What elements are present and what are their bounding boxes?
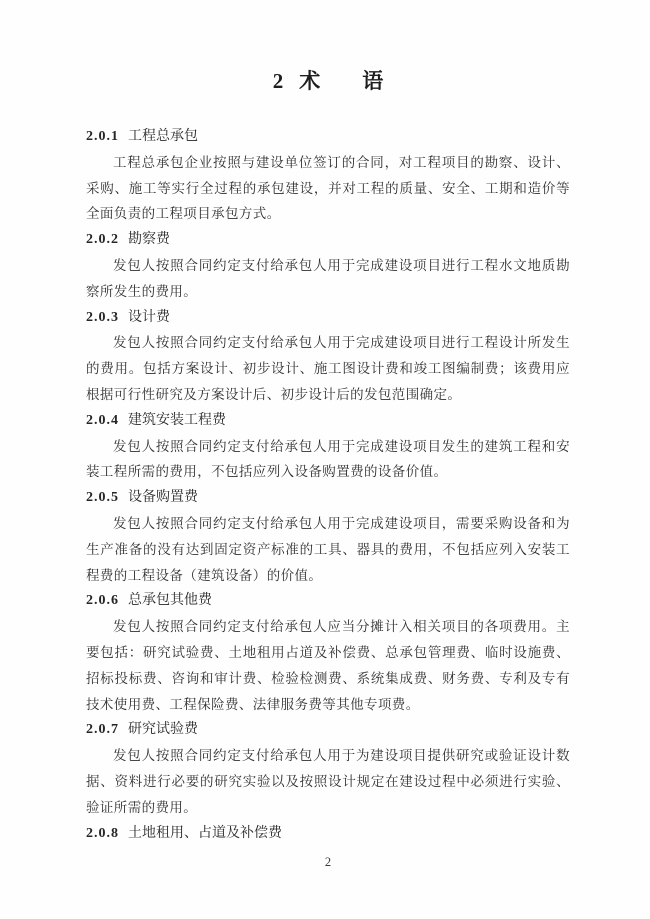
- chapter-number: 2: [273, 69, 284, 93]
- section-heading: 2.0.3设计费: [86, 305, 570, 331]
- section-term: 土地租用、占道及补偿费: [128, 826, 282, 841]
- section-term: 研究试验费: [128, 722, 198, 737]
- section-term: 设计费: [128, 310, 170, 325]
- term-section: 2.0.1工程总承包 工程总承包企业按照与建设单位签订的合同，对工程项目的勘察、…: [86, 124, 570, 227]
- page-content: 2术语 2.0.1工程总承包 工程总承包企业按照与建设单位签订的合同，对工程项目…: [0, 66, 650, 871]
- section-heading: 2.0.4建筑安装工程费: [86, 408, 570, 434]
- section-term: 勘察费: [128, 232, 170, 247]
- section-paragraph: 发包人按照合同约定支付给承包人用于完成建设项目发生的建筑工程和安装工程所需的费用…: [86, 434, 570, 486]
- section-number: 2.0.5: [86, 490, 119, 505]
- term-section: 2.0.2勘察费 发包人按照合同约定支付给承包人用于完成建设项目进行工程水文地质…: [86, 227, 570, 304]
- section-number: 2.0.7: [86, 722, 119, 737]
- document-page: 2术语 2.0.1工程总承包 工程总承包企业按照与建设单位签订的合同，对工程项目…: [0, 0, 650, 919]
- section-number: 2.0.2: [86, 232, 119, 247]
- section-term: 总承包其他费: [128, 593, 212, 608]
- section-heading: 2.0.5设备购置费: [86, 485, 570, 511]
- section-number: 2.0.1: [86, 129, 119, 144]
- section-number: 2.0.4: [86, 413, 119, 428]
- section-paragraph: 发包人按照合同约定支付给承包人用于为建设项目提供研究或验证设计数据、资料进行必要…: [86, 743, 570, 820]
- section-paragraph: 发包人按照合同约定支付给承包人用于完成建设项目进行工程水文地质勘察所发生的费用。: [86, 253, 570, 305]
- chapter-title-char-1: 术: [299, 69, 320, 93]
- section-heading: 2.0.1工程总承包: [86, 124, 570, 150]
- section-heading: 2.0.7研究试验费: [86, 717, 570, 743]
- chapter-title-char-2: 语: [362, 69, 383, 93]
- section-paragraph: 发包人按照合同约定支付给承包人应当分摊计入相关项目的各项费用。主要包括：研究试验…: [86, 614, 570, 717]
- section-heading: 2.0.6总承包其他费: [86, 588, 570, 614]
- term-section: 2.0.8土地租用、占道及补偿费: [86, 821, 570, 847]
- section-number: 2.0.6: [86, 593, 119, 608]
- page-number: 2: [86, 853, 570, 871]
- term-section: 2.0.4建筑安装工程费 发包人按照合同约定支付给承包人用于完成建设项目发生的建…: [86, 408, 570, 485]
- section-paragraph: 发包人按照合同约定支付给承包人用于完成建设项目进行工程设计所发生的费用。包括方案…: [86, 330, 570, 407]
- term-section: 2.0.7研究试验费 发包人按照合同约定支付给承包人用于为建设项目提供研究或验证…: [86, 717, 570, 820]
- chapter-title: 2术语: [86, 66, 570, 96]
- section-heading: 2.0.8土地租用、占道及补偿费: [86, 821, 570, 847]
- section-term: 建筑安装工程费: [128, 413, 226, 428]
- section-heading: 2.0.2勘察费: [86, 227, 570, 253]
- section-number: 2.0.3: [86, 310, 119, 325]
- section-term: 工程总承包: [128, 129, 198, 144]
- section-term: 设备购置费: [128, 490, 198, 505]
- section-paragraph: 工程总承包企业按照与建设单位签订的合同，对工程项目的勘察、设计、采购、施工等实行…: [86, 150, 570, 227]
- term-section: 2.0.6总承包其他费 发包人按照合同约定支付给承包人应当分摊计入相关项目的各项…: [86, 588, 570, 717]
- section-number: 2.0.8: [86, 826, 119, 841]
- term-section: 2.0.5设备购置费 发包人按照合同约定支付给承包人用于完成建设项目，需要采购设…: [86, 485, 570, 588]
- term-section: 2.0.3设计费 发包人按照合同约定支付给承包人用于完成建设项目进行工程设计所发…: [86, 305, 570, 408]
- section-paragraph: 发包人按照合同约定支付给承包人用于完成建设项目，需要采购设备和为生产准备的没有达…: [86, 511, 570, 588]
